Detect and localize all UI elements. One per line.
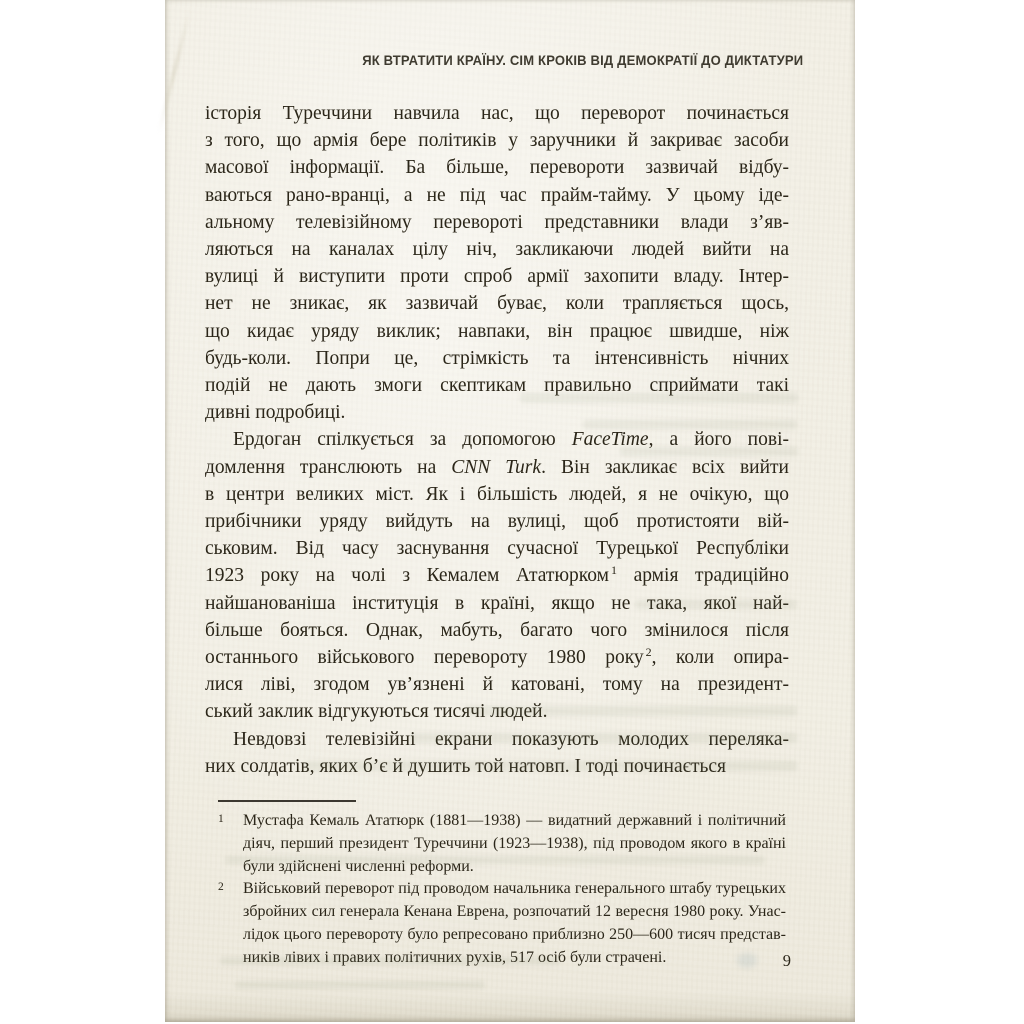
text-line: нет не зникає, як зазвичай буває, коли т…: [205, 290, 789, 317]
text-segment: ськовим. Від часу заснування сучасної Ту…: [205, 538, 789, 559]
text-segment: більше бояться. Однак, мабуть, багато чо…: [205, 620, 789, 641]
text-line: ляються на каналах цілу ніч, закликаючи …: [205, 236, 789, 263]
showthrough-artifact: [465, 706, 797, 716]
showthrough-artifact: [635, 600, 797, 609]
footnotes: 1Мустафа Кемаль Ататюрк (1881—1938) — ви…: [218, 810, 786, 970]
text-segment: лідок цього перевороту було репресовано …: [243, 926, 786, 943]
text-line: ваються рано-вранці, а не під час прайм-…: [205, 182, 789, 209]
text-segment: ляються на каналах цілу ніч, закликаючи …: [205, 239, 789, 260]
text-segment: лися ліві, згодом ув’язнені й катовані, …: [205, 674, 789, 695]
text-line: Військовий переворот під проводом началь…: [243, 878, 786, 901]
text-segment: діяч, перший президент Туреччини (1923—1…: [243, 835, 786, 852]
text-segment: Ердоган спілкується за допомогою: [233, 429, 572, 450]
text-line: збройних сил генерала Кенана Еврена, роз…: [243, 901, 786, 924]
text-segment: вулиці й виступити проти спроб армії зах…: [205, 266, 789, 287]
text-segment: нет не зникає, як зазвичай буває, коли т…: [205, 293, 789, 314]
text-line: останнього військового перевороту 1980 р…: [205, 644, 789, 671]
showthrough-artifact: [225, 856, 765, 864]
showthrough-artifact: [305, 761, 797, 771]
text-segment: дивні подробиці.: [205, 402, 345, 423]
text-segment: армія традиційно: [617, 565, 789, 586]
text-segment: збройних сил генерала Кенана Еврена, роз…: [243, 903, 786, 920]
text-segment: Військовий переворот під проводом началь…: [243, 880, 786, 897]
showthrough-artifact: [620, 447, 798, 456]
text-segment: Мустафа Кемаль Ататюрк (1881—1938) — вид…: [243, 812, 786, 829]
text-line: домлення транслюють на CNN Turk. Він зак…: [205, 454, 789, 481]
text-line: з того, що армія бере політиків у заручн…: [205, 127, 789, 154]
paper-crease: [157, 8, 191, 135]
text-line: прибічники уряду вийдуть на вулиці, щоб …: [205, 508, 789, 535]
book-page: ЯК ВТРАТИТИ КРАЇНУ. СІМ КРОКІВ ВІД ДЕМОК…: [165, 0, 855, 1022]
text-line: більше бояться. Однак, мабуть, багато чо…: [205, 617, 789, 644]
footnote-marker: 1: [218, 808, 224, 831]
footnote-separator: [218, 800, 356, 802]
text-segment: що кидає уряду виклик; навпаки, він прац…: [205, 321, 789, 342]
text-line: в центри великих міст. Як і більшість лю…: [205, 481, 789, 508]
text-segment: прибічники уряду вийдуть на вулиці, щоб …: [205, 511, 789, 532]
text-segment: , коли опира-: [652, 647, 789, 668]
text-segment: масової інформації. Ба більше, переворот…: [205, 157, 789, 178]
footnote-marker: 2: [218, 876, 224, 899]
text-segment: з того, що армія бере політиків у заручн…: [205, 130, 789, 151]
italic-text: CNN Turk: [451, 457, 541, 478]
text-line: Мустафа Кемаль Ататюрк (1881—1938) — вид…: [243, 810, 786, 833]
text-line: вулиці й виступити проти спроб армії зах…: [205, 263, 789, 290]
text-segment: 1923 року на чолі з Кемалем Ататюрком: [205, 565, 609, 586]
text-segment: останнього військового перевороту 1980 р…: [205, 647, 644, 668]
text-line: будь-коли. Попри це, стрімкість та інтен…: [205, 345, 789, 372]
text-segment: історія Туреччини навчила нас, що перево…: [205, 103, 789, 124]
running-head: ЯК ВТРАТИТИ КРАЇНУ. СІМ КРОКІВ ВІД ДЕМОК…: [362, 52, 803, 68]
paper-blotch: [737, 953, 757, 968]
paragraph: Ердоган спілкується за допомогою FaceTim…: [205, 426, 789, 725]
text-segment: будь-коли. Попри це, стрімкість та інтен…: [205, 348, 789, 369]
body-text: історія Туреччини навчила нас, що перево…: [205, 100, 789, 780]
showthrough-artifact: [220, 957, 560, 965]
footnote: 1Мустафа Кемаль Ататюрк (1881—1938) — ви…: [218, 810, 786, 878]
text-segment: ваються рано-вранці, а не під час прайм-…: [205, 185, 789, 206]
text-segment: домлення транслюють на: [205, 457, 451, 478]
showthrough-artifact: [235, 981, 485, 989]
showthrough-artifact: [410, 733, 797, 743]
text-line: лідок цього перевороту було репресовано …: [243, 924, 786, 947]
text-line: альному телевізійному перевороті предста…: [205, 209, 789, 236]
text-segment: . Він закликає всіх вийти: [541, 457, 789, 478]
text-line: масової інформації. Ба більше, переворот…: [205, 154, 789, 181]
text-segment: в центри великих міст. Як і більшість лю…: [205, 484, 789, 505]
text-line: лися ліві, згодом ув’язнені й катовані, …: [205, 671, 789, 698]
showthrough-artifact: [520, 393, 798, 403]
text-segment: альному телевізійному перевороті предста…: [205, 212, 789, 233]
text-line: історія Туреччини навчила нас, що перево…: [205, 100, 789, 127]
paragraph: історія Туреччини навчила нас, що перево…: [205, 100, 789, 426]
text-line: ськовим. Від часу заснування сучасної Ту…: [205, 535, 789, 562]
text-line: 1923 року на чолі з Кемалем Ататюрком1 а…: [205, 562, 789, 589]
text-line: діяч, перший президент Туреччини (1923—1…: [243, 833, 786, 856]
text-line: що кидає уряду виклик; навпаки, він прац…: [205, 318, 789, 345]
footnote: 2Військовий переворот під проводом начал…: [218, 878, 786, 969]
showthrough-artifact: [583, 420, 797, 429]
